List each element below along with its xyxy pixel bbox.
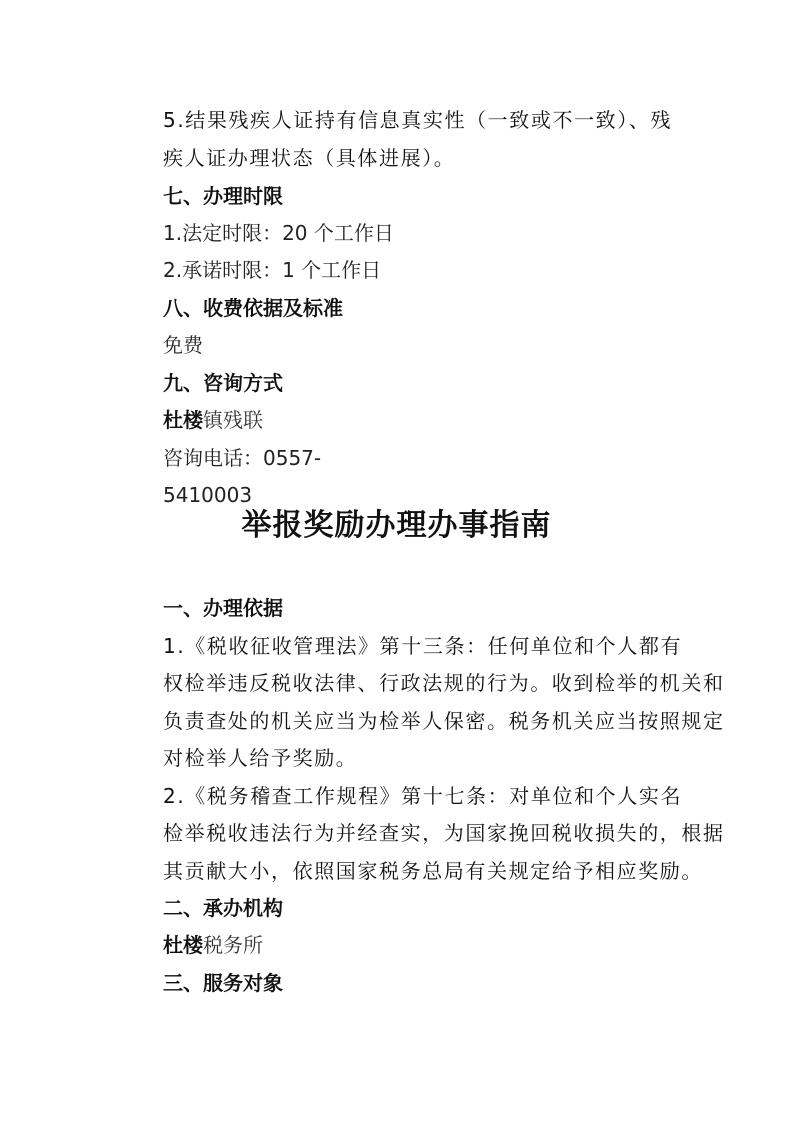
section7-item2: 2.承诺时限：1 个工作日: [163, 258, 381, 282]
section7-heading: 七、办理时限: [163, 184, 283, 208]
section9-phone-line2: 5410003: [163, 483, 252, 507]
section9-phone-line1: 咨询电话：0557-: [163, 446, 321, 470]
org-bold: 杜楼: [163, 408, 203, 432]
guide-para1-line4: 对检举人给予奖励。: [163, 746, 357, 770]
guide-section1-heading: 一、办理依据: [163, 596, 283, 620]
guide-para2-line3: 其贡献大小，依照国家税务总局有关规定给予相应奖励。: [163, 859, 703, 883]
org-rest: 税务所: [203, 933, 263, 957]
guide-para1-line1: 1.《税收征收管理法》第十三条：任何单位和个人都有: [163, 634, 682, 658]
item5-line2: 疾人证办理状态（具体进展）。: [163, 146, 455, 170]
org-bold: 杜楼: [163, 933, 203, 957]
org-rest: 镇残联: [203, 408, 263, 432]
guide-para2-line2: 检举税收违法行为并经查实，为国家挽回税收损失的，根据: [163, 821, 725, 845]
section8-heading: 八、收费依据及标准: [163, 296, 343, 320]
guide-para2-line1: 2.《税务稽查工作规程》第十七条：对单位和个人实名: [163, 784, 682, 808]
guide-section3-heading: 三、服务对象: [163, 971, 283, 995]
section9-org: 杜楼镇残联: [163, 408, 263, 432]
guide-section2-heading: 二、承办机构: [163, 896, 283, 920]
guide-title: 举报奖励办理办事指南: [0, 508, 793, 544]
guide-section2-org: 杜楼税务所: [163, 933, 263, 957]
guide-para1-line3: 负责查处的机关应当为检举人保密。税务机关应当按照规定: [163, 709, 725, 733]
section7-item1: 1.法定时限：20 个工作日: [163, 221, 394, 245]
item5-line1: 5.结果残疾人证持有信息真实性（一致或不一致）、残: [163, 108, 672, 132]
section9-heading: 九、咨询方式: [163, 371, 283, 395]
section8-content: 免费: [163, 333, 203, 357]
guide-para1-line2: 权检举违反税收法律、行政法规的行为。收到检举的机关和: [163, 671, 725, 695]
